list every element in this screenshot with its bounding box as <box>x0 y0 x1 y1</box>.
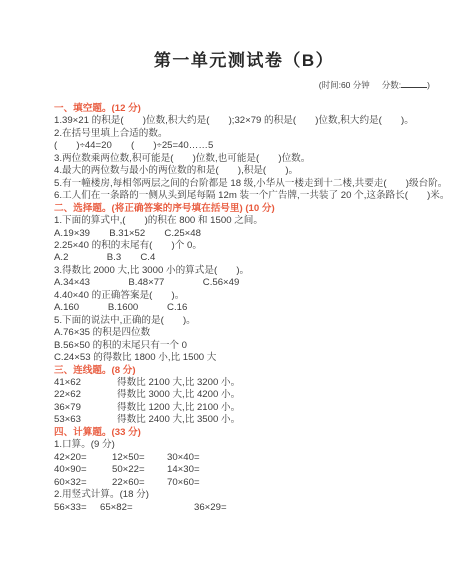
exam-meta: (时间:60 分钟分数:) <box>54 79 434 91</box>
options-line: A.19×39 B.31×52 C.25×48 <box>54 228 434 240</box>
oral-calc-row: 40×90= 50×22= 14×30= <box>54 464 434 476</box>
question-line: 2.在括号里填上合适的数。 <box>54 128 434 140</box>
section-heading-choice: 二、选择题。(将正确答案的序号填在括号里) (10 分) <box>54 203 434 215</box>
section-heading-connect: 三、连线题。(8 分) <box>54 365 434 377</box>
oral-calc-cell: 42×20= <box>54 452 112 464</box>
question-line: 1.39×21 的积是( )位数,积大约是( );32×79 的积是( )位数,… <box>54 115 434 127</box>
page-title: 第一单元测试卷（B） <box>54 50 434 72</box>
question-line: 1.下面的算式中,( )的积在 800 和 1500 之间。 <box>54 215 434 227</box>
options-line: A.2 B.3 C.4 <box>54 252 434 264</box>
time-label: (时间:60 分钟 <box>319 80 370 90</box>
oral-calc-row: 60×32= 22×60= 70×60= <box>54 477 434 489</box>
question-line: 5.有一幢楼房,每相邻两层之间的台阶都是 18 级,小华从一楼走到十二楼,共要走… <box>54 178 434 190</box>
subsection-heading-vertical: 2.用竖式计算。(18 分) <box>54 489 434 501</box>
vertical-calc-cell: 65×82= <box>100 502 194 514</box>
oral-calc-cell: 30×40= <box>167 452 434 464</box>
question-line: 4.40×40 的正确答案是( )。 <box>54 290 434 302</box>
options-line: A.34×43 B.48×77 C.56×49 <box>54 277 434 289</box>
section-heading-calc: 四、计算题。(33 分) <box>54 427 434 439</box>
option-line: A.76×35 的积是四位数 <box>54 327 434 339</box>
question-line: 3.两位数乘两位数,积可能是( )位数,也可能是( )位数。 <box>54 153 434 165</box>
oral-calc-row: 42×20= 12×50= 30×40= <box>54 452 434 464</box>
match-row: 36×79 得数比 1200 大,比 2100 小。 <box>54 402 434 414</box>
match-left-expression: 22×62 <box>54 389 117 401</box>
oral-calc-cell: 70×60= <box>167 477 434 489</box>
meta-close: ) <box>427 80 430 90</box>
question-line: 5.下面的说法中,正确的是( )。 <box>54 315 434 327</box>
match-right-description: 得数比 2100 大,比 3200 小。 <box>117 377 240 389</box>
match-row: 53×63 得数比 2400 大,比 3500 小。 <box>54 414 434 426</box>
subsection-heading-oral: 1.口算。(9 分) <box>54 439 434 451</box>
match-left-expression: 36×79 <box>54 402 117 414</box>
score-blank <box>401 79 427 88</box>
exam-content: 一、填空题。(12 分) 1.39×21 的积是( )位数,积大约是( );32… <box>54 103 434 514</box>
section-heading-fill: 一、填空题。(12 分) <box>54 103 434 115</box>
oral-calc-cell: 12×50= <box>112 452 167 464</box>
match-left-expression: 53×63 <box>54 414 117 426</box>
exam-paper: 第一单元测试卷（B） (时间:60 分钟分数:) 一、填空题。(12 分) 1.… <box>0 0 470 514</box>
option-line: C.24×53 的得数比 1800 小,比 1500 大 <box>54 352 434 364</box>
question-line: 6.工人们在一条路的一侧从头到尾每隔 12m 装一个广告牌,一共装了 20 个,… <box>54 190 434 202</box>
vertical-calc-cell: 36×29= <box>194 502 434 514</box>
match-left-expression: 41×62 <box>54 377 117 389</box>
oral-calc-cell: 40×90= <box>54 464 112 476</box>
question-line: 4.最大的两位数与最小的两位数的和是( ),积是( )。 <box>54 165 434 177</box>
oral-calc-cell: 50×22= <box>112 464 167 476</box>
score-label: 分数: <box>382 80 401 90</box>
question-line: 3.得数比 2000 大,比 3000 小的算式是( )。 <box>54 265 434 277</box>
match-row: 22×62 得数比 3000 大,比 4200 小。 <box>54 389 434 401</box>
question-line: 2.25×40 的积的末尾有( )个 0。 <box>54 240 434 252</box>
question-line: ( )÷44=20 ( )÷25=40……5 <box>54 140 434 152</box>
options-line: A.160 B.1600 C.16 <box>54 302 434 314</box>
oral-calc-cell: 22×60= <box>112 477 167 489</box>
match-right-description: 得数比 2400 大,比 3500 小。 <box>117 414 240 426</box>
vertical-calc-row: 56×33= 65×82= 36×29= <box>54 502 434 514</box>
vertical-calc-cell: 56×33= <box>54 502 100 514</box>
match-row: 41×62 得数比 2100 大,比 3200 小。 <box>54 377 434 389</box>
oral-calc-cell: 14×30= <box>167 464 434 476</box>
match-right-description: 得数比 3000 大,比 4200 小。 <box>117 389 240 401</box>
option-line: B.56×50 的积的末尾只有一个 0 <box>54 340 434 352</box>
oral-calc-cell: 60×32= <box>54 477 112 489</box>
match-right-description: 得数比 1200 大,比 2100 小。 <box>117 402 240 414</box>
